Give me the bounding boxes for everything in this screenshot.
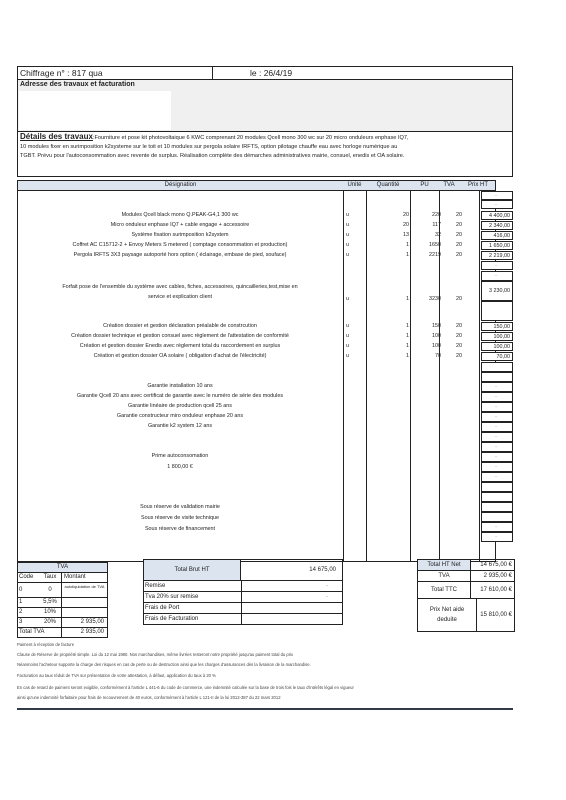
prix-ht-cell: - (481, 452, 513, 462)
line-quantity: 1 (368, 250, 409, 260)
line-designation: Coffret AC C15712-2 + Envoy Meters S met… (18, 240, 342, 250)
line-unit: u (346, 210, 349, 220)
tva-table: TVA Code Taux Montant 0 0 autoliquidatio… (17, 562, 108, 638)
remise-value: - (242, 581, 342, 591)
line-quantity: 1 (368, 351, 409, 361)
footer-line: En cas de retard de paiment seront exigi… (17, 685, 354, 690)
line-quantity: 1 (368, 341, 409, 351)
line-tva: 20 (442, 220, 462, 230)
final-totals: Total HT Net 14 675,00 € TVA 2 935,00 € … (417, 559, 515, 632)
th-prix-ht: Prix HT (459, 181, 497, 190)
line-unit-price: 100 (409, 341, 441, 351)
total-ht-net-value: 14 675,00 € (471, 560, 514, 570)
line-tva: 20 (442, 294, 462, 304)
line-unit-price: 32 (409, 230, 441, 240)
tva-rate: 5,5% (39, 598, 62, 607)
prix-ht-cell: - (481, 392, 513, 402)
line-quantity: 20 (368, 220, 409, 230)
tva-remise-label: Tva 20% sur remise (144, 592, 242, 602)
tva-rate: 10% (39, 608, 62, 617)
remise-label: Remise (144, 581, 242, 591)
totals-table: Total Brut HT 14 675,00 Remise - Tva 20%… (143, 559, 343, 625)
prix-ht-cell: 150,00 (481, 322, 513, 331)
tva-total-label: Total TVA (18, 628, 62, 637)
line-unit: u (346, 294, 349, 304)
prix-ht-cell: - (481, 191, 513, 200)
prix-ht-cell: 1 650,00 (481, 241, 513, 250)
th-designation: Désignation (18, 181, 343, 190)
footer-line: Clause de Réserve de propriété simple. L… (17, 652, 293, 657)
reserve-line: Sous réserve de financement (18, 524, 342, 534)
quote-date: le : 26/4/19 (213, 67, 512, 79)
frais-facturation-value (242, 614, 342, 624)
frais-port-value (242, 603, 342, 613)
line-quantity: 20 (368, 210, 409, 220)
prix-ht-cell: - (481, 271, 513, 281)
prix-ht-cell: - (481, 422, 513, 432)
tva-total-value: 2 935,00 (62, 628, 107, 637)
guarantee-line: Garantie installation 10 ans (18, 381, 342, 391)
prix-ht-cell: - (481, 261, 513, 270)
footer-line: ainsi qu'une indemnité forfaitaire pour … (17, 695, 281, 700)
tva-rate: 20% (39, 618, 62, 627)
net-aide-label: Prix Net aide deduite (418, 599, 477, 631)
guarantee-line: Garantie k2 system 12 ans (18, 421, 342, 431)
table-header: Désignation Unité Quantité PU TVA Prix H… (18, 181, 495, 191)
prix-ht-cell: 416,00 (481, 231, 513, 240)
prix-ht-cell: - (481, 200, 513, 209)
line-tva: 20 (442, 351, 462, 361)
footer-rule (17, 708, 513, 710)
tva-code: 2 (18, 608, 39, 617)
prix-ht-cell (481, 362, 513, 372)
line-designation: Pergola IRFTS 3X3 paysage autoporté hors… (18, 250, 342, 260)
line-designation: Forfait pose de l'ensemble du système av… (18, 282, 342, 292)
final-tva-label: TVA (418, 571, 471, 581)
prix-ht-cell: - (481, 472, 513, 482)
prix-ht-cell: - (481, 532, 513, 542)
details-title: Détails des travaux (20, 132, 93, 141)
prix-ht-cell: - (481, 412, 513, 422)
line-unit: u (346, 351, 349, 361)
line-unit-price: 220 (409, 210, 441, 220)
prix-ht-cell (481, 512, 513, 522)
line-quantity: 1 (368, 240, 409, 250)
reserve-line: Sous réserve de validation mairie (18, 502, 342, 512)
line-unit-price: 100 (409, 331, 441, 341)
prix-ht-cell (481, 372, 513, 382)
prix-ht-cell: 100,00 (481, 342, 513, 351)
net-aide-value: 15 810,00 € (477, 599, 514, 631)
line-unit: u (346, 250, 349, 260)
line-tva: 20 (442, 321, 462, 331)
prix-ht-cell: - (481, 522, 513, 532)
line-unit-price: 150 (409, 321, 441, 331)
line-tva: 20 (442, 331, 462, 341)
line-unit-price: 2219 (409, 250, 441, 260)
address-section: Adresse des travaux et facturation (17, 80, 513, 132)
prix-ht-cell: 3 230,00 (481, 281, 513, 301)
line-designation: Micro onduleur enphase IQ7 + cable engag… (18, 220, 342, 230)
prix-ht-cell: 2 219,00 (481, 251, 513, 260)
line-quantity: 13 (368, 230, 409, 240)
th-unite: Unité (343, 181, 366, 190)
guarantee-line: Garantie constructeur miro onduleur enph… (18, 411, 342, 421)
final-tva-value: 2 935,00 € (471, 571, 514, 581)
guarantee-line: Garantie Qcell 20 ans avec certificat de… (18, 391, 342, 401)
line-unit-price: 1650 (409, 240, 441, 250)
footer-line: Facturation au taux réduit de TVA sur pr… (17, 673, 216, 678)
line-tva: 20 (442, 230, 462, 240)
tva-col-taux: Taux (39, 573, 62, 582)
tva-rate: 0 (39, 583, 62, 597)
tva-title: TVA (18, 563, 107, 573)
tva-code: 0 (18, 583, 39, 597)
line-designation: Création et gestion dossier Enedis avec … (18, 341, 342, 351)
guarantee-line: Garantie linéaire de production qcell 25… (18, 401, 342, 411)
line-unit: u (346, 230, 349, 240)
prix-ht-cell (481, 492, 513, 502)
line-designation: Modules Qcell black mono Q.PEAK-G4,1 300… (18, 210, 342, 220)
line-designation: Création dossier technique et gestion co… (18, 331, 342, 341)
prix-ht-cell: - (481, 402, 513, 412)
quote-number: Chiffrage n° : 817 qua (18, 67, 213, 79)
prime-label: Prime autoconsomation (18, 451, 342, 461)
line-quantity: 1 (368, 321, 409, 331)
line-unit-price: 117 (409, 220, 441, 230)
line-designation: Création dossier et gestion déclaration … (18, 321, 342, 331)
tva-amount: 2 935,00 (62, 618, 107, 627)
total-brut-value: 14 675,00 (241, 560, 342, 580)
line-tva: 20 (442, 210, 462, 220)
line-designation: service et explication client (18, 292, 342, 302)
line-quantity: 1 (368, 331, 409, 341)
line-quantity: 1 (368, 294, 409, 304)
line-unit: u (346, 240, 349, 250)
th-quantite: Quantité (366, 181, 410, 190)
footer-line: Paiment à réception de facture (17, 642, 74, 647)
prix-ht-cell: 100,00 (481, 332, 513, 341)
frais-port-label: Frais de Port (144, 603, 242, 613)
prix-ht-cell (481, 301, 513, 321)
prix-ht-cell (481, 502, 513, 512)
total-ht-net-label: Total HT Net (418, 560, 471, 570)
tva-amount: autoliquidation de TVA (62, 583, 107, 597)
tva-remise-value: - (242, 592, 342, 602)
tva-amount (62, 608, 107, 617)
prix-ht-cell: - (481, 432, 513, 442)
line-unit: u (346, 331, 349, 341)
th-tva: TVA (439, 181, 459, 190)
prix-ht-cell: 70,00 (481, 352, 513, 361)
total-brut-label: Total Brut HT (144, 560, 241, 580)
line-tva: 20 (442, 240, 462, 250)
details-line-2: 10 modules fixer en surimposition k2syst… (20, 143, 510, 152)
details-line-3: TGBT. Prévu pour l'autoconsommation avec… (20, 152, 510, 161)
details-line-1: :Fourniture et pose kit photovoltaique 6… (93, 135, 409, 141)
items-table: Désignation Unité Quantité PU TVA Prix H… (17, 180, 496, 562)
line-unit: u (346, 220, 349, 230)
line-unit: u (346, 341, 349, 351)
work-details: Détails des travaux:Fourniture et pose k… (17, 132, 513, 177)
prix-ht-cell: 4 400,00 (481, 211, 513, 220)
tva-code: 1 (18, 598, 39, 607)
line-designation: Création et gestion dossier OA solaire (… (18, 351, 342, 361)
tva-col-montant: Montant (62, 573, 107, 582)
tva-code: 3 (18, 618, 39, 627)
prix-ht-cell: 2 340,00 (481, 221, 513, 230)
total-ttc-label: Total TTC (418, 582, 471, 598)
footer-line: Néanmoins l'acheteur supporte la charge … (17, 662, 311, 667)
line-unit-price: 3230 (409, 294, 441, 304)
reserve-line: Sous réserve de visite technique (18, 513, 342, 523)
line-tva: 20 (442, 341, 462, 351)
prix-ht-cell (481, 482, 513, 492)
line-unit-price: 70 (409, 351, 441, 361)
address-field (19, 91, 171, 130)
total-ttc-value: 17 610,00 € (471, 582, 514, 598)
line-designation: Système fixation surimposition k2system (18, 230, 342, 240)
prix-ht-cell: - (481, 442, 513, 452)
tva-amount (62, 598, 107, 607)
tva-col-code: Code (18, 573, 39, 582)
th-pu: PU (410, 181, 439, 190)
frais-facturation-label: Frais de Facturation (144, 614, 242, 624)
line-tva: 20 (442, 250, 462, 260)
prime-amount: 1 800,00 € (18, 462, 342, 472)
line-unit: u (346, 321, 349, 331)
address-label: Adresse des travaux et facturation (18, 80, 512, 89)
quote-header: Chiffrage n° : 817 qua le : 26/4/19 (17, 66, 513, 80)
prix-ht-cell: - (481, 382, 513, 392)
prix-ht-cell: - (481, 462, 513, 472)
